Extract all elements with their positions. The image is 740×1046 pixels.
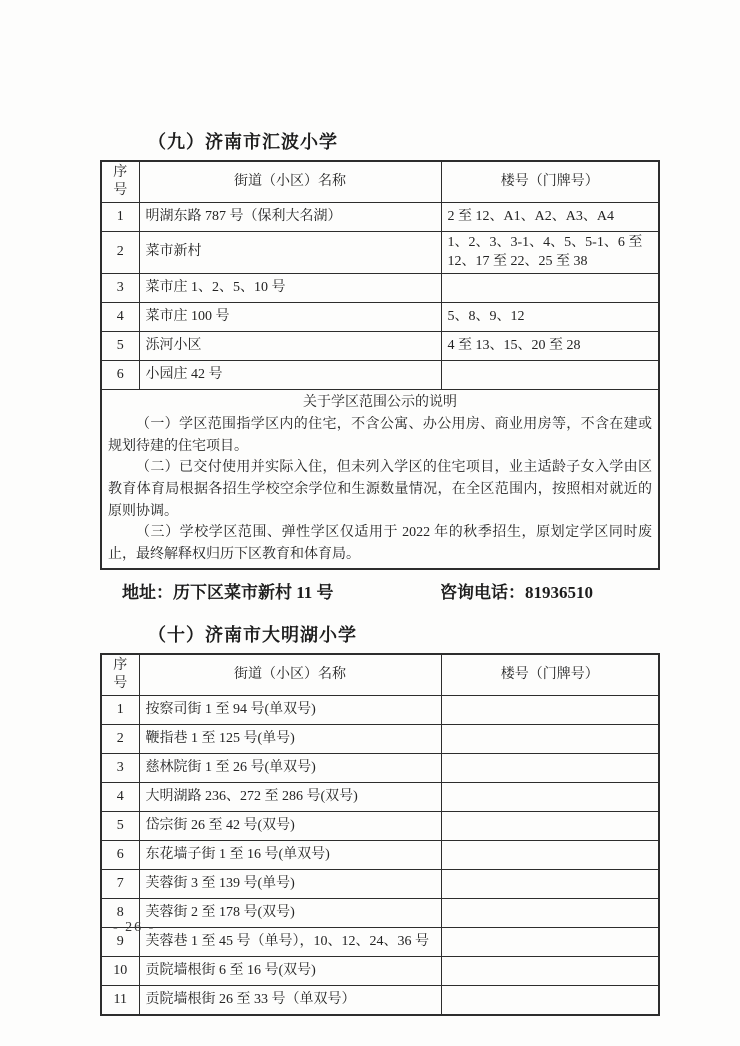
street-name-cell: 明湖东路 787 号（保利大名湖）	[139, 203, 441, 232]
header-building-number: 楼号（门牌号）	[441, 161, 659, 203]
row-number-cell: 4	[101, 783, 139, 812]
section-school-10: （十）济南市大明湖小学 序号 街道（小区）名称 楼号（门牌号） 1按察司街 1 …	[100, 621, 658, 1016]
table-row: 6东花墙子街 1 至 16 号(单双号)	[101, 841, 659, 870]
table-row: 7芙蓉街 3 至 139 号(单号)	[101, 870, 659, 899]
street-name-cell: 按察司街 1 至 94 号(单双号)	[139, 696, 441, 725]
school-10-table: 序号 街道（小区）名称 楼号（门牌号） 1按察司街 1 至 94 号(单双号)2…	[100, 653, 660, 1016]
street-name-cell: 贡院墙根街 26 至 33 号（单双号）	[139, 986, 441, 1016]
table-row: 4菜市庄 100 号5、8、9、12	[101, 302, 659, 331]
note-title: 关于学区范围公示的说明	[108, 394, 652, 412]
row-number-cell: 5	[101, 331, 139, 360]
street-name-cell: 大明湖路 236、272 至 286 号(双号)	[139, 783, 441, 812]
street-name-cell: 贡院墙根街 6 至 16 号(双号)	[139, 957, 441, 986]
table-row: 5泺河小区4 至 13、15、20 至 28	[101, 331, 659, 360]
street-name-cell: 岱宗街 26 至 42 号(双号)	[139, 812, 441, 841]
table-row: 11贡院墙根街 26 至 33 号（单双号）	[101, 986, 659, 1016]
row-number-cell: 1	[101, 203, 139, 232]
table-row: 5岱宗街 26 至 42 号(双号)	[101, 812, 659, 841]
header-street-name: 街道（小区）名称	[139, 161, 441, 203]
row-number-cell: 2	[101, 725, 139, 754]
school-10-tbody: 1按察司街 1 至 94 号(单双号)2鞭指巷 1 至 125 号(单号)3慈林…	[101, 696, 659, 1016]
row-number-cell: 2	[101, 232, 139, 273]
row-number-cell: 3	[101, 754, 139, 783]
header-building-number: 楼号（门牌号）	[441, 654, 659, 696]
building-numbers-cell: 4 至 13、15、20 至 28	[441, 331, 659, 360]
building-numbers-cell	[441, 870, 659, 899]
building-numbers-cell	[441, 841, 659, 870]
building-numbers-cell	[441, 725, 659, 754]
table-row: 9芙蓉巷 1 至 45 号（单号），10、12、24、36 号	[101, 928, 659, 957]
table-row: 10贡院墙根街 6 至 16 号(双号)	[101, 957, 659, 986]
phone-group: 咨询电话：81936510	[440, 578, 593, 603]
street-name-cell: 芙蓉街 2 至 178 号(双号)	[139, 899, 441, 928]
row-number-cell: 3	[101, 273, 139, 302]
header-row: 序号 街道（小区）名称 楼号（门牌号）	[101, 161, 659, 203]
table-row: 6小园庄 42 号	[101, 360, 659, 389]
row-number-cell: 6	[101, 841, 139, 870]
street-name-cell: 泺河小区	[139, 331, 441, 360]
section-9-title: （九）济南市汇波小学	[100, 128, 658, 154]
address-label: 地址：	[122, 583, 173, 602]
street-name-cell: 慈林院街 1 至 26 号(单双号)	[139, 754, 441, 783]
building-numbers-cell	[441, 696, 659, 725]
table-row: 2鞭指巷 1 至 125 号(单号)	[101, 725, 659, 754]
row-number-cell: 11	[101, 986, 139, 1016]
street-name-cell: 菜市新村	[139, 232, 441, 273]
building-numbers-cell	[441, 899, 659, 928]
street-name-cell: 鞭指巷 1 至 125 号(单号)	[139, 725, 441, 754]
row-number-cell: 6	[101, 360, 139, 389]
phone-value: 81936510	[525, 583, 593, 602]
header-serial-number: 序号	[101, 161, 139, 203]
building-numbers-cell: 2 至 12、A1、A2、A3、A4	[441, 203, 659, 232]
note-paragraph-1: （一）学区范围指学区内的住宅，不含公寓、办公用房、商业用房等，不含在建或规划待建…	[108, 414, 652, 457]
building-numbers-cell	[441, 957, 659, 986]
row-number-cell: 4	[101, 302, 139, 331]
table-row: 1明湖东路 787 号（保利大名湖）2 至 12、A1、A2、A3、A4	[101, 203, 659, 232]
header-row: 序号 街道（小区）名称 楼号（门牌号）	[101, 654, 659, 696]
table-row: 8芙蓉街 2 至 178 号(双号)	[101, 899, 659, 928]
school-9-table-head: 序号 街道（小区）名称 楼号（门牌号）	[101, 161, 659, 203]
note-cell: 关于学区范围公示的说明 （一）学区范围指学区内的住宅，不含公寓、办公用房、商业用…	[101, 389, 659, 569]
building-numbers-cell	[441, 928, 659, 957]
school-9-note-body: 关于学区范围公示的说明 （一）学区范围指学区内的住宅，不含公寓、办公用房、商业用…	[101, 389, 659, 569]
street-name-cell: 芙蓉巷 1 至 45 号（单号），10、12、24、36 号	[139, 928, 441, 957]
school-9-tbody: 1明湖东路 787 号（保利大名湖）2 至 12、A1、A2、A3、A42菜市新…	[101, 203, 659, 389]
contact-line: 地址：历下区菜市新村 11 号 咨询电话：81936510	[122, 578, 658, 603]
address-group: 地址：历下区菜市新村 11 号	[122, 578, 440, 603]
address-value: 历下区菜市新村 11 号	[173, 583, 334, 602]
building-numbers-cell	[441, 986, 659, 1016]
row-number-cell: 7	[101, 870, 139, 899]
building-numbers-cell	[441, 360, 659, 389]
note-row: 关于学区范围公示的说明 （一）学区范围指学区内的住宅，不含公寓、办公用房、商业用…	[101, 389, 659, 569]
note-paragraph-3: （三）学校学区范围、弹性学区仅适用于 2022 年的秋季招生，原划定学区同时废止…	[108, 522, 652, 565]
street-name-cell: 菜市庄 1、2、5、10 号	[139, 273, 441, 302]
row-number-cell: 10	[101, 957, 139, 986]
table-row: 2菜市新村1、2、3、3-1、4、5、5-1、6 至 12、17 至 22、25…	[101, 232, 659, 273]
table-row: 4大明湖路 236、272 至 286 号(双号)	[101, 783, 659, 812]
row-number-cell: 5	[101, 812, 139, 841]
street-name-cell: 菜市庄 100 号	[139, 302, 441, 331]
building-numbers-cell: 1、2、3、3-1、4、5、5-1、6 至 12、17 至 22、25 至 38	[441, 232, 659, 273]
building-numbers-cell	[441, 783, 659, 812]
building-numbers-cell: 5、8、9、12	[441, 302, 659, 331]
page-number: - 26 -	[113, 920, 155, 936]
note-paragraph-2: （二）已交付使用并实际入住，但未列入学区的住宅项目，业主适龄子女入学由区教育体育…	[108, 457, 652, 522]
school-9-table: 序号 街道（小区）名称 楼号（门牌号） 1明湖东路 787 号（保利大名湖）2 …	[100, 160, 660, 570]
section-10-title: （十）济南市大明湖小学	[100, 621, 658, 647]
street-name-cell: 东花墙子街 1 至 16 号(单双号)	[139, 841, 441, 870]
row-number-cell: 1	[101, 696, 139, 725]
building-numbers-cell	[441, 812, 659, 841]
table-row: 1按察司街 1 至 94 号(单双号)	[101, 696, 659, 725]
school-10-table-head: 序号 街道（小区）名称 楼号（门牌号）	[101, 654, 659, 696]
section-school-9: （九）济南市汇波小学 序号 街道（小区）名称 楼号（门牌号） 1明湖东路 787…	[100, 128, 658, 603]
building-numbers-cell	[441, 273, 659, 302]
header-serial-number: 序号	[101, 654, 139, 696]
table-row: 3慈林院街 1 至 26 号(单双号)	[101, 754, 659, 783]
table-row: 3菜市庄 1、2、5、10 号	[101, 273, 659, 302]
phone-label: 咨询电话：	[440, 583, 525, 602]
building-numbers-cell	[441, 754, 659, 783]
document-content: （九）济南市汇波小学 序号 街道（小区）名称 楼号（门牌号） 1明湖东路 787…	[100, 128, 658, 1016]
street-name-cell: 小园庄 42 号	[139, 360, 441, 389]
header-street-name: 街道（小区）名称	[139, 654, 441, 696]
street-name-cell: 芙蓉街 3 至 139 号(单号)	[139, 870, 441, 899]
